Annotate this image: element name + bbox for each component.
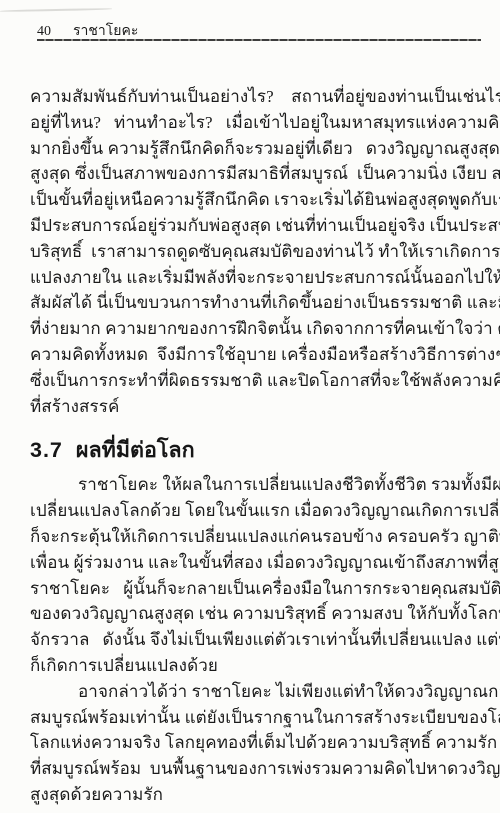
text-line: ก็เกิดการเปลี่ยนแปลงด้วย [30, 653, 474, 679]
text-line: โลกแห่งความจริง โลกยุคทองที่เต็มไปด้วยคว… [30, 730, 474, 756]
text-line: เปลี่ยนแปลงโลกด้วย โดยในขั้นแรก เมื่อดวง… [30, 498, 474, 524]
paragraph-1: ความสัมพันธ์กับท่านเป็นอย่างไร? สถานที่อ… [30, 84, 474, 419]
paragraph-2: ราชาโยคะ ให้ผลในการเปลี่ยนแปลงชีวิตทั้งช… [30, 472, 474, 678]
paragraph-3: อาจกล่าวได้ว่า ราชาโยคะ ไม่เพียงแต่ทำให้… [30, 679, 474, 808]
section-number: 3.7 [30, 435, 63, 465]
text-line: บริสุทธิ์ เราสามารถดูดซับคุณสมบัติของท่า… [30, 239, 474, 265]
text-line: แปลงภายใน และเริ่มมีพลังที่จะกระจายประสบ… [30, 265, 474, 291]
text-line: จักรวาล ดังนั้น จึงไม่เป็นเพียงแต่ตัวเรา… [30, 627, 474, 653]
text-line: ก็จะกระตุ้นให้เกิดการเปลี่ยนแปลงแก่คนรอบ… [30, 524, 474, 550]
text-line: สูงสุด ซึ่งเป็นสภาพของการมีสมาธิที่สมบูร… [30, 161, 474, 187]
text-line: ที่สร้างสรรค์ [30, 394, 474, 420]
text-line: สัมผัสได้ นี่เป็นขบวนการทำงานที่เกิดขึ้น… [30, 290, 474, 316]
header-rule [37, 39, 481, 41]
text-line: ที่สมบูรณ์พร้อม บนพื้นฐานของการเพ่งรวมคว… [30, 756, 474, 782]
text-line: ความคิดทั้งหมด จึงมีการใช้อุบาย เครื่องม… [30, 342, 474, 368]
page-number: 40 [37, 24, 51, 40]
text-line: สูงสุดด้วยความรัก [30, 782, 474, 808]
text-line: เพื่อน ผู้ร่วมงาน และในขั้นที่สอง เมื่อด… [30, 550, 474, 576]
text-line: ที่ง่ายมาก ความยากของการฝึกจิตนั้น เกิดจ… [30, 316, 474, 342]
text-line: ราชาโยคะ ผู้นั้นก็จะกลายเป็นเครื่องมือใน… [30, 576, 474, 602]
text-line: อาจกล่าวได้ว่า ราชาโยคะ ไม่เพียงแต่ทำให้… [30, 679, 474, 705]
text-line: มากยิ่งขึ้น ความรู้สึกนึกคิดก็จะรวมอยู่ท… [30, 136, 474, 162]
text-line: อยู่ที่ไหน? ท่านทำอะไร? เมื่อเข้าไปอยู่ใ… [30, 110, 474, 136]
text-line: ซึ่งเป็นการกระทำที่ผิดธรรมชาติ และปิดโอก… [30, 368, 474, 394]
page-body: ความสัมพันธ์กับท่านเป็นอย่างไร? สถานที่อ… [30, 84, 474, 808]
section-title: ผลที่มีต่อโลก [76, 435, 195, 465]
text-line: ของดวงวิญญาณสูงสุด เช่น ความบริสุทธิ์ คว… [30, 601, 474, 627]
text-line: เป็นขั้นที่อยู่เหนือความรู้สึกนึกคิด เรา… [30, 187, 474, 213]
section-heading: 3.7 ผลที่มีต่อโลก [30, 435, 474, 465]
text-line: สมบูรณ์พร้อมเท่านั้น แต่ยังเป็นรากฐานในก… [30, 705, 474, 731]
text-line: ราชาโยคะ ให้ผลในการเปลี่ยนแปลงชีวิตทั้งช… [30, 472, 474, 498]
scan-artifact-line [0, 8, 112, 12]
text-line: มีประสบการณ์อยู่ร่วมกับพ่อสูงสุด เช่นที่… [30, 213, 474, 239]
text-line: ความสัมพันธ์กับท่านเป็นอย่างไร? สถานที่อ… [30, 84, 474, 110]
